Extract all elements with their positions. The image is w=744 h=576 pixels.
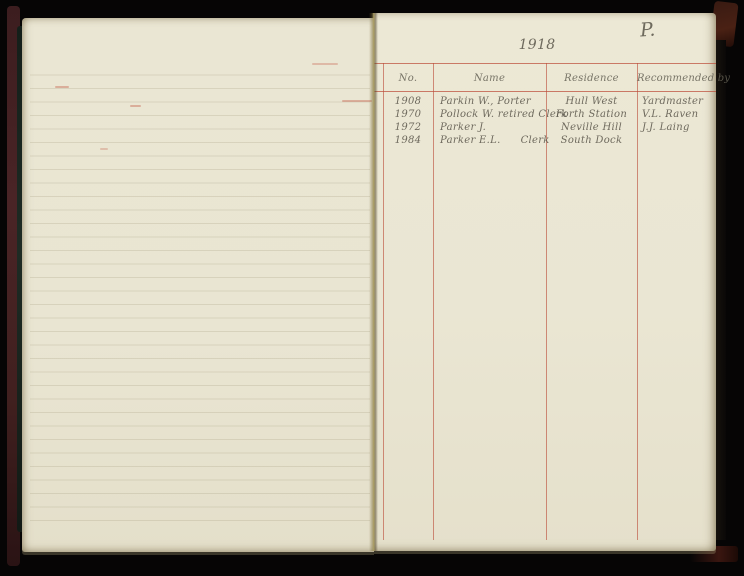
- name-text: Parkin W., Porter: [440, 96, 531, 107]
- cell-residence: Hull West: [546, 95, 637, 108]
- page-gutter-crease: [369, 13, 378, 551]
- table-header-bottom-rule: [374, 91, 716, 92]
- index-letter: P.: [639, 18, 656, 41]
- ink-showthrough-mark: [100, 148, 108, 150]
- cell-no: 1908: [383, 95, 433, 108]
- column-header-no: No.: [383, 73, 433, 84]
- ink-showthrough-mark: [55, 86, 69, 88]
- cell-name: Parker E.L.Clerk: [433, 134, 546, 147]
- cell-residence: Forth Station: [546, 108, 637, 121]
- name-text: Parker E.L.: [440, 135, 501, 146]
- cell-recommended-by: V.L. Raven: [637, 108, 716, 121]
- ruled-lines: [30, 62, 370, 532]
- cell-no: 1972: [383, 121, 433, 134]
- column-header-name: Name: [433, 73, 546, 84]
- cell-name: Pollock W. retired Clerk: [433, 108, 546, 121]
- register-entries: 1908 Parkin W., Porter Hull West Yardmas…: [383, 95, 716, 147]
- cell-no: 1970: [383, 108, 433, 121]
- ink-showthrough-mark: [342, 100, 372, 102]
- register-book-photo: P. 1918 No. Name Residence Recommended b…: [0, 0, 744, 576]
- year-heading: 1918: [492, 37, 582, 53]
- table-header-row: No. Name Residence Recommended by: [383, 65, 716, 91]
- table-header-top-rule: [374, 63, 716, 64]
- cell-residence: South Dock: [546, 134, 637, 147]
- cell-name: Parkin W., Porter: [433, 95, 546, 108]
- cell-no: 1984: [383, 134, 433, 147]
- column-header-residence: Residence: [546, 73, 637, 84]
- cell-recommended-by: J.J. Laing: [637, 121, 716, 134]
- book-cover-right-edge: [716, 40, 726, 540]
- ink-showthrough-mark: [312, 63, 338, 65]
- left-page: [22, 18, 374, 552]
- name-text: Parker J.: [440, 122, 486, 133]
- cell-residence: Neville Hill: [546, 121, 637, 134]
- right-page: P. 1918 No. Name Residence Recommended b…: [374, 13, 716, 551]
- cell-name: Parker J.: [433, 121, 546, 134]
- ink-showthrough-mark: [130, 105, 141, 107]
- cell-recommended-by: Yardmaster: [637, 95, 716, 108]
- column-header-recommended-by: Recommended by: [637, 73, 716, 84]
